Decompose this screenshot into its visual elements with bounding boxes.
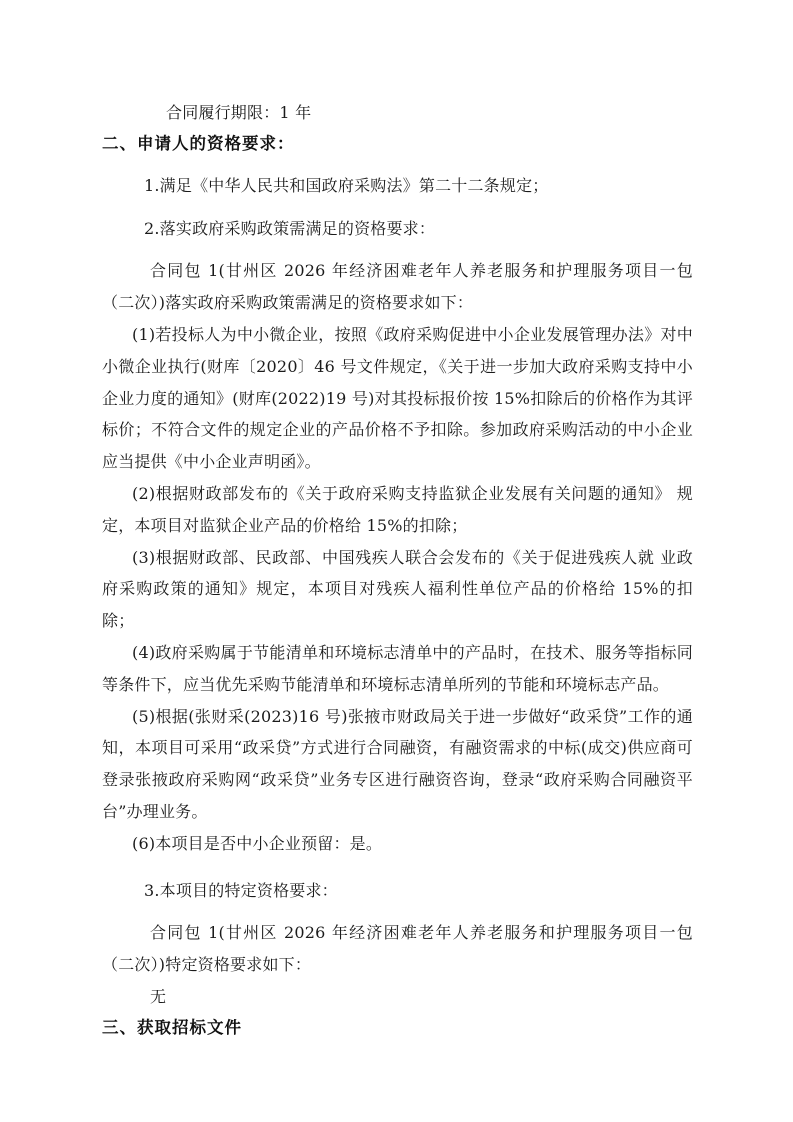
paragraph-policy-item-4: (4)政府采购属于节能清单和环境标志清单中的产品时，在技术、服务等指标同等条件下… <box>102 637 693 701</box>
paragraph-requirement-2: 2.落实政府采购政策需满足的资格要求： <box>102 213 693 245</box>
paragraph-none-value: 无 <box>102 981 693 1013</box>
paragraph-policy-item-2: (2)根据财政部发布的《关于政府采购支持监狱企业发展有关问题的通知》 规定，本项… <box>102 478 693 542</box>
paragraph-policy-item-6: (6)本项目是否中小企业预留：是。 <box>102 828 693 860</box>
paragraph-requirement-3: 3.本项目的特定资格要求： <box>102 875 693 907</box>
paragraph-package-policy-intro: 合同包 1(甘州区 2026 年经济困难老年人养老服务和护理服务项目一包（二次）… <box>102 255 693 319</box>
paragraph-requirement-1: 1.满足《中华人民共和国政府采购法》第二十二条规定； <box>102 170 693 202</box>
section-heading-obtain-bidding-documents: 三、获取招标文件 <box>102 1013 693 1043</box>
paragraph-policy-item-3: (3)根据财政部、民政部、中国残疾人联合会发布的《关于促进残疾人就 业政府采购政… <box>102 542 693 637</box>
paragraph-policy-item-1: (1)若投标人为中小微企业，按照《政府采购促进中小企业发展管理办法》对中小微企业… <box>102 319 693 478</box>
paragraph-policy-item-5: (5)根据(张财采(2023)16 号)张掖市财政局关于进一步做好“政采贷”工作… <box>102 701 693 828</box>
paragraph-contract-period: 合同履行期限：1 年 <box>102 97 693 129</box>
section-heading-applicant-qualifications: 二、申请人的资格要求： <box>102 129 693 159</box>
document-page: 合同履行期限：1 年 二、申请人的资格要求： 1.满足《中华人民共和国政府采购法… <box>0 0 793 1122</box>
paragraph-package-specific-intro: 合同包 1(甘州区 2026 年经济困难老年人养老服务和护理服务项目一包（二次）… <box>102 917 693 981</box>
